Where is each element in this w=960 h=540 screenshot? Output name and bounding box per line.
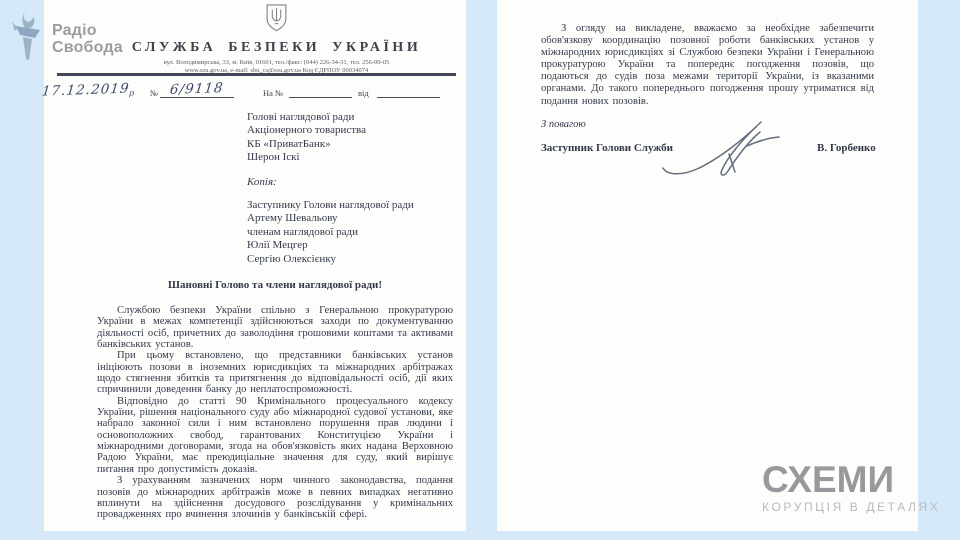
signature-icon [655, 112, 805, 189]
handwritten-number: 6/9118 [169, 80, 224, 98]
letter-body-page1: Службою безпеки України спільно з Генера… [97, 305, 453, 521]
paragraph: З огляду на викладене, вважаємо за необх… [541, 23, 874, 108]
schemes-wordmark: СХЕМИ [762, 462, 938, 498]
letter-page-2: З огляду на викладене, вважаємо за необх… [497, 0, 918, 531]
signer-name: В. Горбенко [817, 142, 876, 154]
handwritten-date: 17.12.2019р [41, 80, 137, 100]
recipient-block: Голові наглядової ради Акціонерного това… [247, 111, 366, 165]
copy-recipient-line: Заступнику Голови наглядової ради [247, 199, 414, 212]
reference-row: 17.12.2019р № 6/9118 На № від [44, 80, 466, 102]
paragraph: При цьому встановлено, що представники б… [97, 350, 453, 395]
recipient-line: КБ «ПриватБанк» [247, 138, 366, 151]
reply-label: На № [263, 88, 283, 98]
reply-underline [289, 97, 352, 98]
copy-recipient-line: Артему Шевальову [247, 212, 414, 225]
letter-body-page2: З огляду на викладене, вважаємо за необх… [541, 23, 874, 108]
paragraph: Відповідно до статті 90 Кримінального пр… [97, 396, 453, 475]
recipient-line: Шерон Іскі [247, 151, 366, 164]
copy-recipient-line: Сергію Олексієнку [247, 253, 414, 266]
copy-recipient-line: членам наглядової ради [247, 226, 414, 239]
reply-from-label: від [358, 88, 369, 98]
torch-icon [6, 51, 50, 68]
radio-svoboda-wordmark: Радіо Свобода [52, 22, 123, 56]
radio-svoboda-line2: Свобода [52, 39, 123, 56]
paragraph: З урахуванням зазначених норм чинного за… [97, 475, 453, 520]
copy-label: Копія: [247, 176, 277, 188]
signer-title: Заступник Голови Служби [541, 142, 673, 154]
radio-svoboda-line1: Радіо [52, 22, 123, 39]
number-label: № [150, 88, 158, 98]
letter-page-1: СЛУЖБА БЕЗПЕКИ УКРАЇНИ вул. Володимирськ… [44, 0, 466, 531]
coat-of-arms-icon [264, 3, 290, 38]
copy-recipient-block: Заступнику Голови наглядової ради Артему… [247, 199, 414, 266]
recipient-line: Голові наглядової ради [247, 111, 366, 124]
letterhead-divider [57, 73, 456, 76]
schemes-tagline: КОРУПЦІЯ В ДЕТАЛЯХ [762, 500, 938, 514]
radio-svoboda-logo: Радіо Свобода [6, 2, 156, 66]
schemes-logo: СХЕМИ КОРУПЦІЯ В ДЕТАЛЯХ [762, 462, 938, 514]
closing: З повагою [541, 119, 586, 130]
copy-recipient-line: Юлії Мецгер [247, 239, 414, 252]
reply-from-underline [377, 97, 440, 98]
number-underline [160, 97, 234, 98]
recipient-line: Акціонерного товариства [247, 124, 366, 137]
salutation: Шановні Голово та члени наглядової ради! [97, 279, 453, 291]
paragraph: Службою безпеки України спільно з Генера… [97, 305, 453, 350]
